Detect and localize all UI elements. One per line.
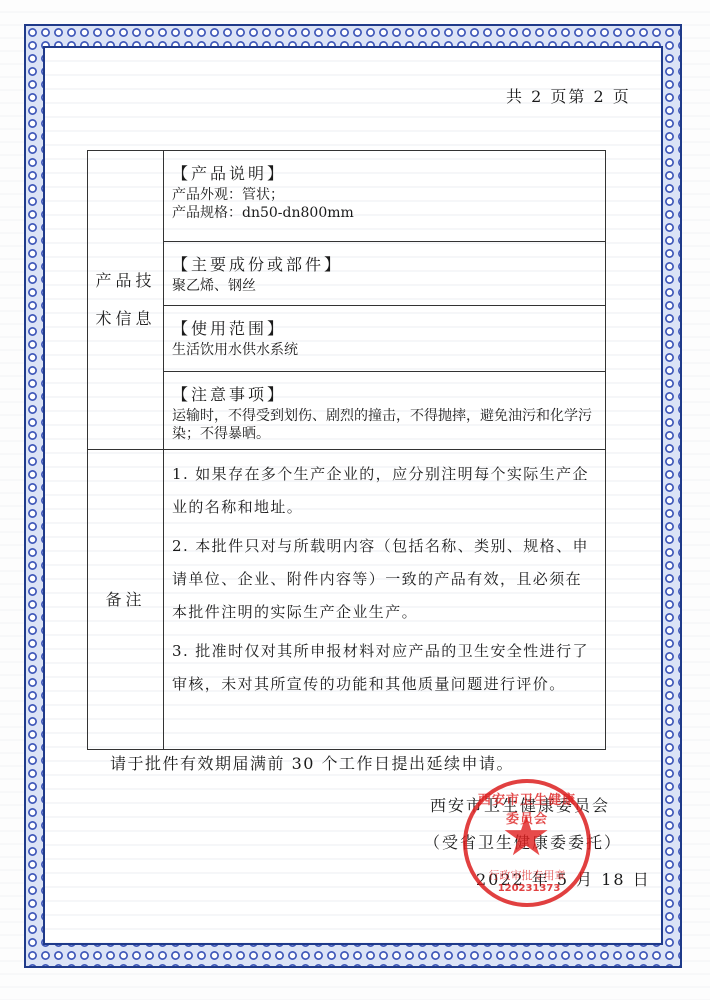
section-line: 聚乙烯、钢丝 (172, 277, 597, 295)
remark-item: 2. 本批件只对与所载明内容（包括名称、类别、规格、申请单位、企业、附件内容等）… (172, 530, 597, 629)
section-heading: 【使用范围】 (172, 316, 597, 339)
issuer-name: 西安市卫生健康委员会 (430, 793, 610, 816)
section-line: 产品外观：管状； (172, 186, 597, 204)
section-heading: 【主要成份或部件】 (172, 252, 597, 275)
section-heading: 【产品说明】 (172, 161, 597, 184)
remark-item: 3. 批准时仅对其所申报材料对应产品的卫生安全性进行了审核，未对其所宣传的功能和… (172, 635, 597, 701)
issuer-entrusted: （受省卫生健康委委托） (424, 830, 622, 853)
section-line: 运输时，不得受到划伤、剧烈的撞击，不得抛摔，避免油污和化学污染；不得暴晒。 (172, 407, 597, 443)
remarks-content: 1. 如果存在多个生产企业的，应分别注明每个实际生产企业的名称和地址。 2. 本… (164, 450, 606, 750)
section-line: 生活饮用水供水系统 (172, 341, 597, 359)
page-count: 共 2 页第 2 页 (506, 84, 631, 107)
issue-date: 2022 年 5 月 18 日 (476, 867, 651, 890)
section-main-components: 【主要成份或部件】 聚乙烯、钢丝 (164, 242, 606, 306)
product-info-table: 产品技术信息 【产品说明】 产品外观：管状； 产品规格：dn50-dn800mm… (87, 150, 606, 750)
section-usage-scope: 【使用范围】 生活饮用水供水系统 (164, 306, 606, 372)
remark-item: 1. 如果存在多个生产企业的，应分别注明每个实际生产企业的名称和地址。 (172, 458, 597, 524)
section-heading: 【注意事项】 (172, 382, 597, 405)
section-product-description: 【产品说明】 产品外观：管状； 产品规格：dn50-dn800mm (164, 151, 606, 242)
renewal-notice: 请于批件有效期届满前 30 个工作日提出延续申请。 (110, 751, 514, 774)
section-line: 产品规格：dn50-dn800mm (172, 204, 597, 222)
section-precautions: 【注意事项】 运输时，不得受到划伤、剧烈的撞击，不得抛摔，避免油污和化学污染；不… (164, 372, 606, 450)
remarks-label: 备注 (88, 450, 164, 750)
product-info-label: 产品技术信息 (88, 151, 164, 450)
